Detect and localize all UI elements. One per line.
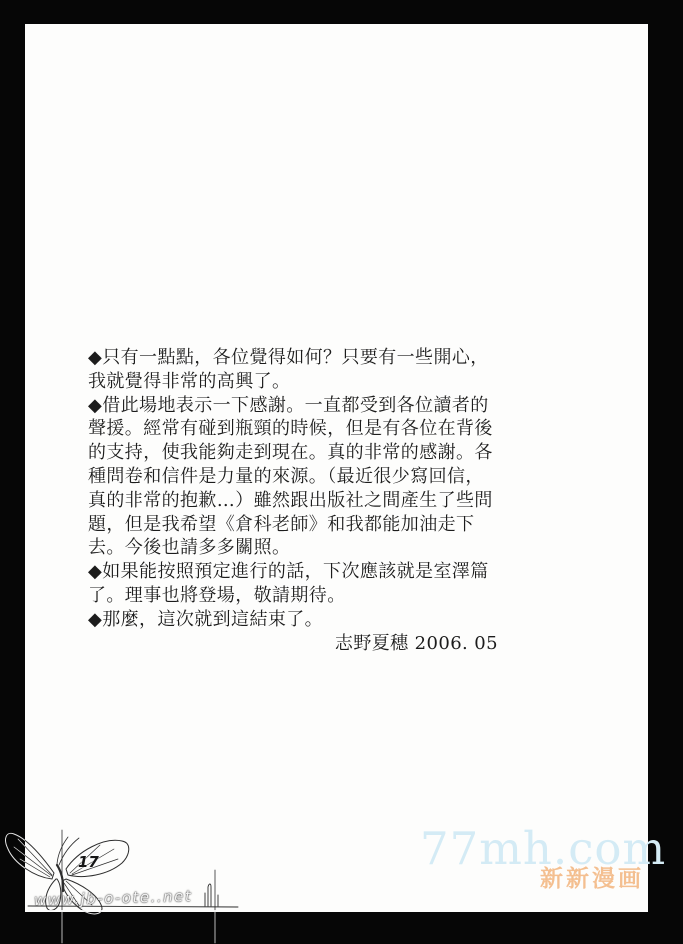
afterword-line: 去。今後也請多多關照。 — [88, 536, 500, 560]
afterword-line: 題，但是我希望《倉科老師》和我都能加油走下 — [88, 513, 500, 537]
afterword-line: ◆只有一點點，各位覺得如何？只要有一些開心， — [88, 346, 500, 370]
author-signature: 志野夏穗 2006. 05 — [88, 632, 500, 656]
site-watermark-chinese: 新新漫画 — [540, 860, 644, 893]
afterword-line: 我就覺得非常的高興了。 — [88, 370, 500, 394]
afterword-line: 的支持，使我能夠走到現在。真的非常的感謝。各 — [88, 441, 500, 465]
afterword-line: 真的非常的抱歉…）雖然跟出版社之間產生了些問 — [88, 489, 500, 513]
afterword-line: ◆如果能按照預定進行的話，下次應該就是室澤篇 — [88, 560, 500, 584]
afterword-text-block: ◆只有一點點，各位覺得如何？只要有一些開心， 我就覺得非常的高興了。 ◆借此場地… — [88, 346, 500, 655]
afterword-line: 聲援。經常有碰到瓶頸的時候，但是有各位在背後 — [88, 417, 500, 441]
afterword-line: 了。理事也將登場，敬請期待。 — [88, 584, 500, 608]
scanned-manga-page: ◆只有一點點，各位覺得如何？只要有一些開心， 我就覺得非常的高興了。 ◆借此場地… — [0, 0, 683, 944]
page-number: 17 — [78, 853, 99, 871]
afterword-line: ◆那麼，這次就到這結束了。 — [88, 608, 500, 632]
afterword-line: 種問卷和信件是力量的來源。（最近很少寫回信， — [88, 465, 500, 489]
afterword-line: ◆借此場地表示一下感謝。一直都受到各位讀者的 — [88, 394, 500, 418]
